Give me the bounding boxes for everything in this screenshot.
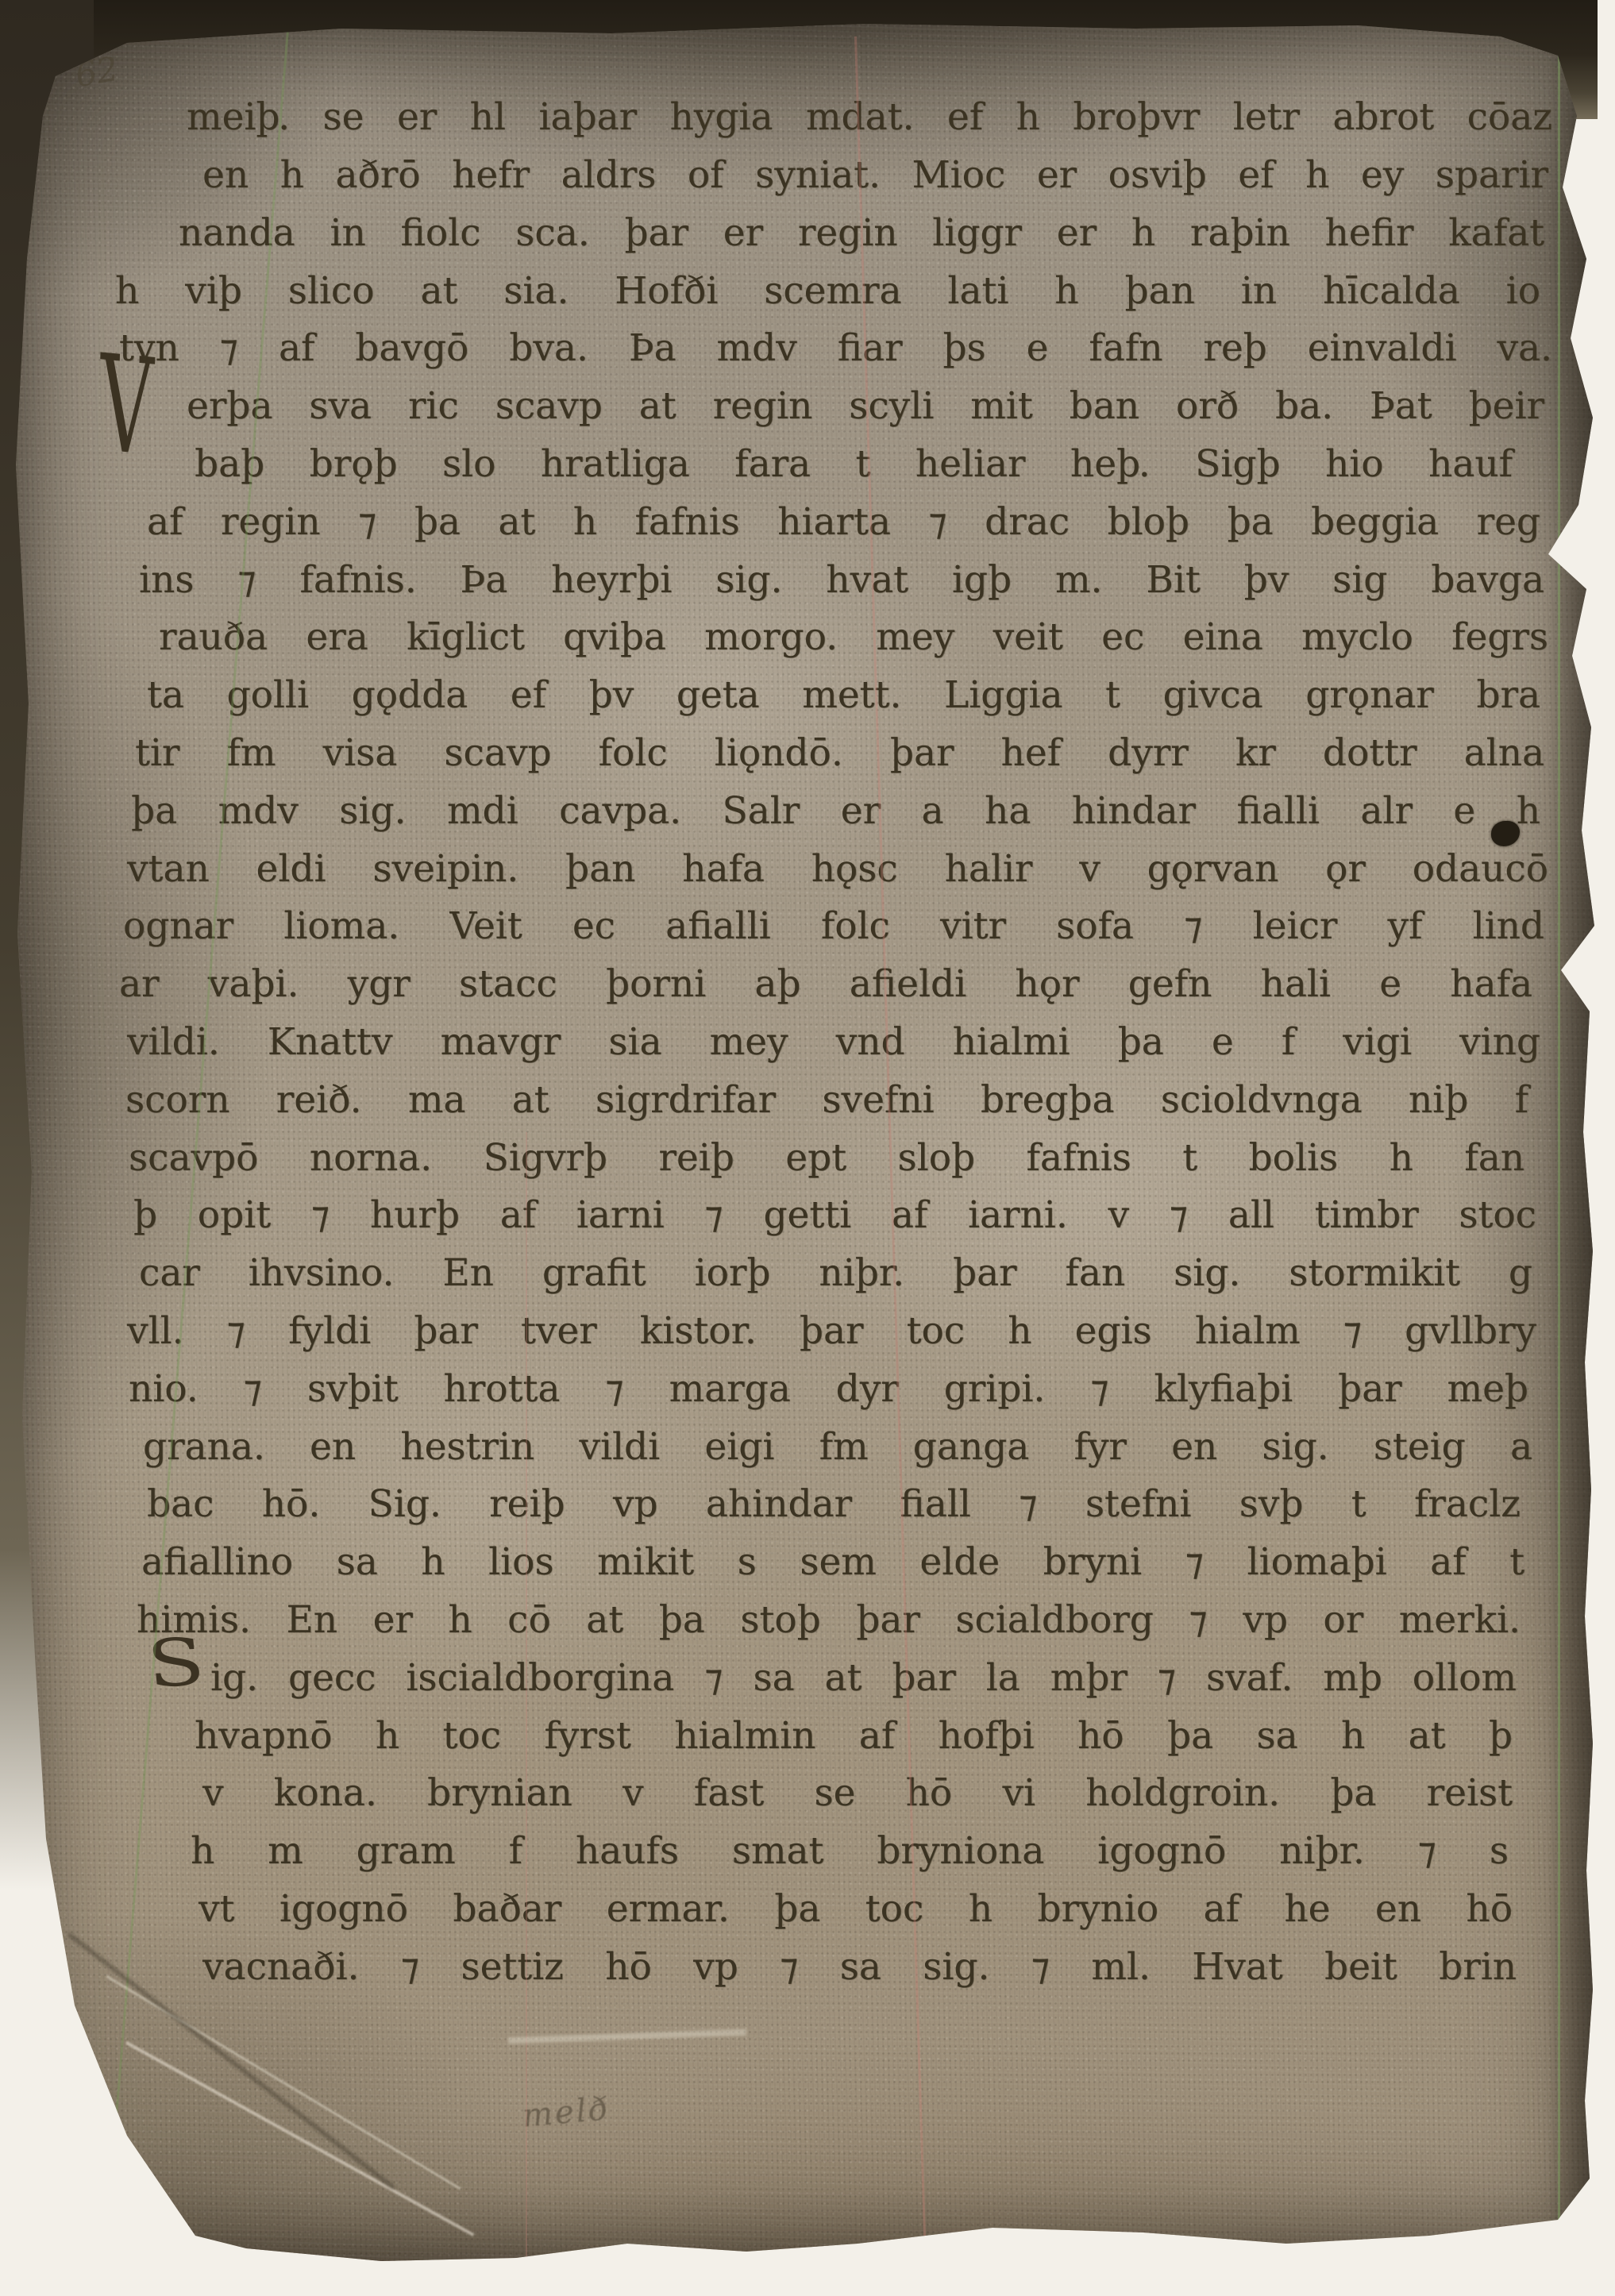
text-line: tvn ⁊ af bavgō bva. Þa mdv fiar þs e faf… — [119, 328, 1552, 374]
text-line: vildi. Knattv mavgr sia mey vnd hialmi þ… — [127, 1022, 1540, 1068]
text-line: af regin ⁊ þa at h fafnis hiarta ⁊ drac … — [147, 502, 1540, 548]
text-line: ognar lioma. Veit ec afialli folc vitr s… — [123, 906, 1544, 952]
text-line: himis. En er h cō at þa stoþ þar scialdb… — [137, 1600, 1521, 1646]
text-line: tir fm visa scavp folc liǫndō. þar hef d… — [135, 733, 1544, 779]
text-line: vll. ⁊ fyldi þar tver kistor. þar toc h … — [127, 1311, 1536, 1357]
text-line: h viþ slico at sia. Hofði scemra lati h … — [115, 271, 1540, 317]
text-line: hvapnō h toc fyrst hialmin af hofþi hō þ… — [195, 1716, 1513, 1762]
text-line: meiþ. se er hl iaþar hygia mdat. ef h br… — [187, 97, 1552, 143]
text-line: car ihvsino. En grafit iorþ niþr. þar fa… — [139, 1253, 1532, 1299]
text-line: erþa sva ric scavp at regin scyli mit ba… — [187, 386, 1544, 432]
text-line: baþ brǫþ slo hratliga fara t heliar heþ.… — [195, 444, 1513, 490]
text-line: afiallino sa h lios mikit s sem elde bry… — [141, 1542, 1524, 1588]
text-line: ta golli gǫdda ef þv geta mett. Liggia t… — [147, 675, 1540, 721]
text-line: þ opit ⁊ hurþ af iarni ⁊ getti af iarni.… — [133, 1195, 1536, 1241]
text-line: scavpō norna. Sigvrþ reiþ ept sloþ fafni… — [129, 1138, 1524, 1184]
manuscript-photo: 62 V S meiþ. se er hl iaþar hygia mdat. … — [0, 0, 1615, 2296]
text-line: scorn reið. ma at sigrdrifar svefni breg… — [125, 1080, 1528, 1126]
text-line: v kona. brynian v fast se hō vi holdgroi… — [202, 1773, 1513, 1819]
text-line: vtan eldi sveipin. þan hafa hǫsc halir v… — [127, 849, 1548, 895]
text-line: ig. gecc iscialdborgina ⁊ sa at þar la m… — [210, 1658, 1517, 1704]
text-line: en h aðrō hefr aldrs of syniat. Mioc er … — [202, 155, 1548, 201]
text-line: ins ⁊ fafnis. Þa heyrþi sig. hvat igþ m.… — [139, 560, 1544, 606]
text-line: grana. en hestrin vildi eigi fm ganga fy… — [143, 1427, 1532, 1473]
text-line: ar vaþi. ygr stacc þorni aþ afieldi hǫr … — [119, 964, 1532, 1010]
text-line: bac hō. Sig. reiþ vp ahindar fiall ⁊ ste… — [147, 1484, 1521, 1530]
text-line: vt igognō baðar ermar. þa toc h brynio a… — [199, 1889, 1513, 1935]
text-line: þa mdv sig. mdi cavpa. Salr er a ha hind… — [131, 791, 1540, 837]
text-block: meiþ. se er hl iaþar hygia mdat. ef h br… — [8, 21, 1605, 2261]
text-line: nio. ⁊ svþit hrotta ⁊ marga dyr gripi. ⁊… — [129, 1369, 1528, 1415]
text-line: nanda in fiolc sca. þar er regin liggr e… — [179, 213, 1544, 259]
text-line: vacnaði. ⁊ settiz hō vp ⁊ sa sig. ⁊ ml. … — [202, 1947, 1517, 1993]
marginal-note: melð — [521, 2090, 611, 2134]
parchment-page: 62 V S meiþ. se er hl iaþar hygia mdat. … — [8, 21, 1605, 2261]
text-line: rauða era kīglict qviþa morgo. mey veit … — [159, 617, 1548, 663]
text-line: h m gram f haufs smat bryniona igognō ni… — [191, 1831, 1509, 1877]
